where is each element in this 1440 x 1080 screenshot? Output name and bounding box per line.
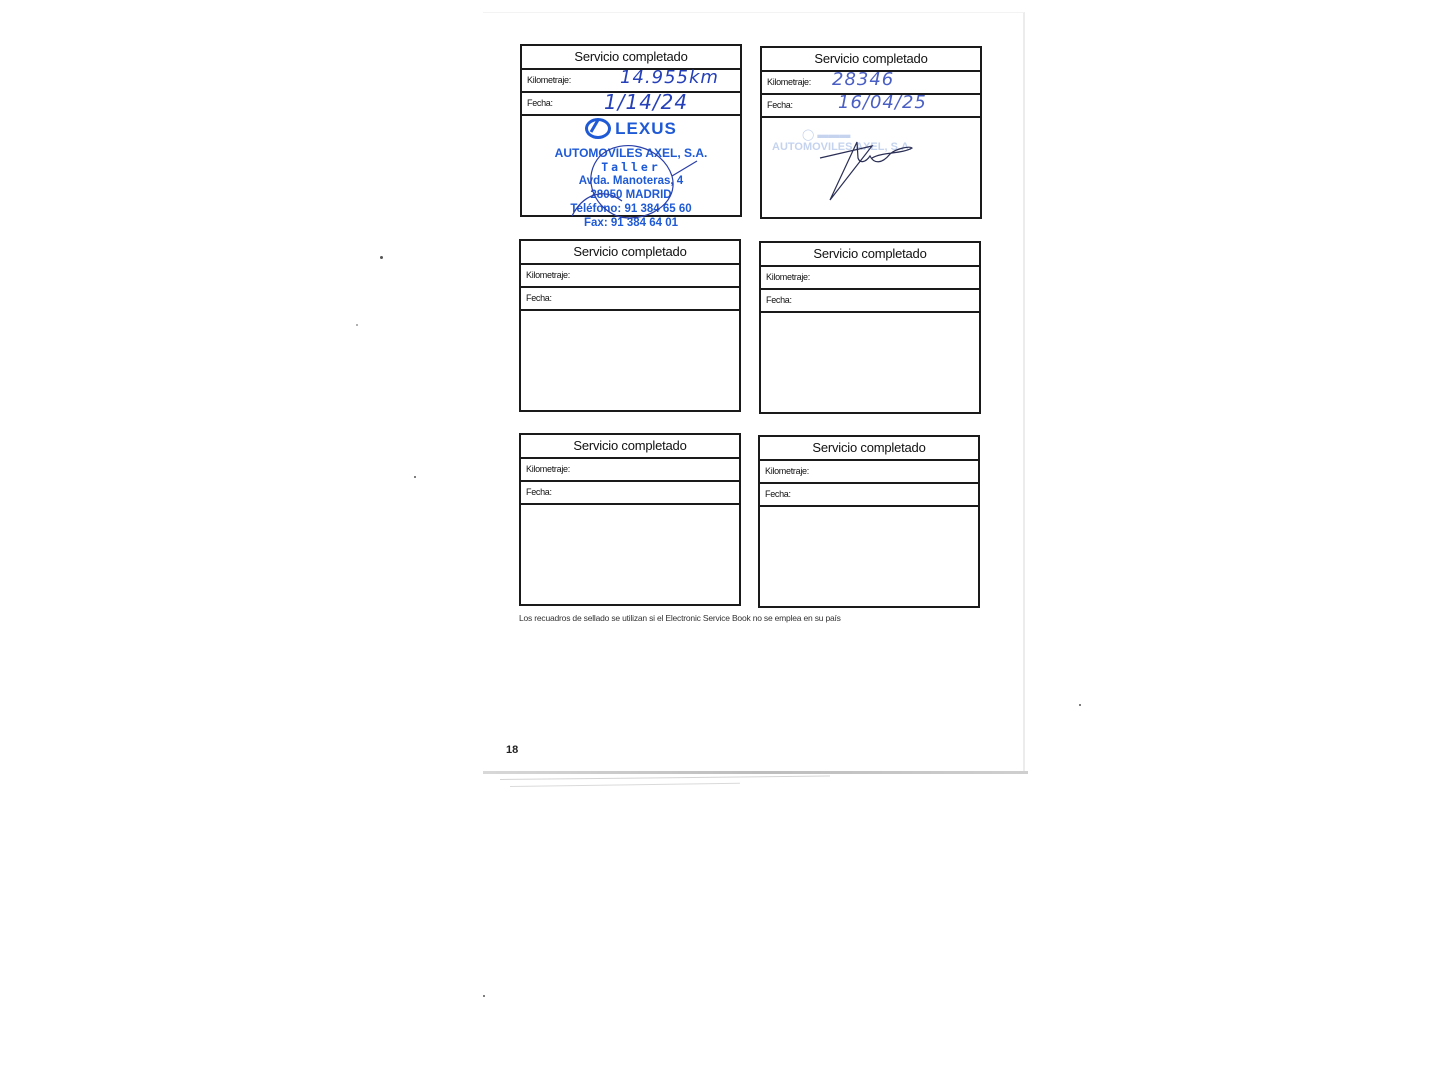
scan-speck [380, 256, 383, 259]
service-box-title: Servicio completado [521, 241, 739, 265]
service-box-6: Servicio completado Kilometraje: Fecha: [758, 435, 980, 608]
service-box-title: Servicio completado [521, 435, 739, 459]
page-number: 18 [506, 744, 518, 756]
date-label: Fecha: [527, 98, 553, 108]
mileage-label: Kilometraje: [766, 272, 810, 282]
stamp-department: Taller [522, 160, 740, 174]
date-value: 1/14/24 [604, 90, 688, 114]
service-box-title: Servicio completado [761, 243, 979, 267]
lexus-emblem-icon [585, 118, 611, 139]
date-row: Fecha: [521, 288, 739, 311]
stamp-address: Avda. Manoteras, 4 [522, 174, 740, 188]
service-box-1: Servicio completado Kilometraje: 14.955k… [520, 44, 742, 217]
service-box-3: Servicio completado Kilometraje: Fecha: [519, 239, 741, 412]
scan-speck [1079, 704, 1081, 706]
stamp-area [760, 507, 978, 611]
mileage-value: 28346 [832, 69, 894, 90]
stamp-area: LEXUS AUTOMOVILES AXEL, S.A. Taller Avda… [522, 116, 740, 220]
service-box-2: Servicio completado Kilometraje: 28346 F… [760, 46, 982, 219]
page-stack-edge [483, 771, 1028, 774]
mileage-value: 14.955km [620, 67, 719, 88]
date-row: Fecha: 16/04/25 [762, 95, 980, 118]
date-label: Fecha: [766, 295, 792, 305]
mileage-label: Kilometraje: [767, 77, 811, 87]
date-row: Fecha: [761, 290, 979, 313]
date-label: Fecha: [767, 100, 793, 110]
dealer-stamp: LEXUS AUTOMOVILES AXEL, S.A. Taller Avda… [522, 118, 740, 230]
mileage-row: Kilometraje: [521, 459, 739, 482]
date-label: Fecha: [526, 487, 552, 497]
stamp-area [521, 505, 739, 609]
date-label: Fecha: [526, 293, 552, 303]
faded-dealer-stamp: ◯ ▬▬▬ AUTOMOVILES AXEL, S.A. [772, 128, 970, 153]
footnote: Los recuadros de sellado se utilizan si … [519, 613, 841, 623]
stamp-area: ◯ ▬▬▬ AUTOMOVILES AXEL, S.A. [762, 118, 980, 222]
date-row: Fecha: [760, 484, 978, 507]
date-label: Fecha: [765, 489, 791, 499]
mileage-label: Kilometraje: [527, 75, 571, 85]
stamp-area [521, 311, 739, 415]
scan-speck [356, 324, 358, 326]
service-box-5: Servicio completado Kilometraje: Fecha: [519, 433, 741, 606]
scan-speck [483, 995, 485, 997]
stamp-company: AUTOMOVILES AXEL, S.A. [522, 146, 740, 160]
scan-speck [414, 476, 416, 478]
date-value: 16/04/25 [838, 92, 927, 113]
service-box-4: Servicio completado Kilometraje: Fecha: [759, 241, 981, 414]
date-row: Fecha: [521, 482, 739, 505]
stamp-city: 28050 MADRID [522, 188, 740, 202]
stamp-phone: Teléfono: 91 384 65 60 [522, 202, 740, 216]
stamp-area [761, 313, 979, 417]
page-stack-edge [500, 776, 830, 780]
date-row: Fecha: 1/14/24 [522, 93, 740, 116]
page-stack-edge [510, 783, 740, 787]
service-box-title: Servicio completado [760, 437, 978, 461]
lexus-logo: LEXUS [585, 118, 677, 139]
mileage-row: Kilometraje: [760, 461, 978, 484]
mileage-label: Kilometraje: [526, 464, 570, 474]
mileage-label: Kilometraje: [526, 270, 570, 280]
stamp-fax: Fax: 91 384 64 01 [522, 216, 740, 230]
mileage-row: Kilometraje: [521, 265, 739, 288]
mileage-row: Kilometraje: [761, 267, 979, 290]
mileage-label: Kilometraje: [765, 466, 809, 476]
